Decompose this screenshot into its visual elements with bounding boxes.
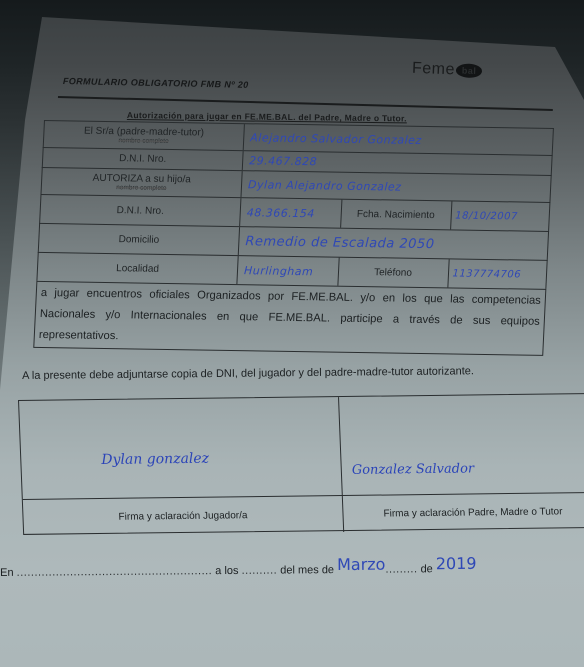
child-dni-field[interactable]: 48.366.154 [240, 198, 342, 228]
form-title: FORMULARIO OBLIGATORIO FMB Nº 20 [63, 76, 249, 90]
authorization-paragraph: a jugar encuentros oficiales Organizados… [33, 281, 546, 356]
authorization-table: El Sr/a (padre-madre-tutor) nombre compl… [33, 120, 554, 356]
logo-text: Feme [412, 60, 456, 79]
guardian-label-cell: El Sr/a (padre-madre-tutor) nombre compl… [44, 121, 245, 150]
guardian-dni-label: D.N.I. Nro. [43, 148, 244, 170]
child-sublabel: nombre completo [116, 184, 167, 192]
player-signature: Dylan gonzalez [101, 451, 209, 468]
title-divider [58, 96, 553, 110]
del-mes-label: del mes de [280, 564, 334, 576]
en-label: En [0, 567, 14, 579]
guardian-sublabel: nombre completo [118, 137, 169, 145]
parent-signature-label: Firma y aclaración Padre, Madre o Tutor [343, 493, 584, 532]
birthdate-label: Fcha. Nacimiento [341, 200, 452, 230]
phone-label: Teléfono [338, 258, 449, 288]
year-field[interactable]: 2019 [436, 554, 477, 573]
date-line: En .....................................… [0, 557, 477, 580]
phone-field[interactable]: 1137774706 [448, 259, 547, 289]
child-dni-label: D.N.I. Nro. [40, 195, 241, 226]
parent-signature: Gonzalez Salvador [352, 461, 475, 477]
city-label: Localidad [37, 253, 238, 284]
logo-badge: bal [456, 63, 483, 78]
child-label-cell: AUTORIZA a su hijo/a nombre completo [42, 168, 243, 197]
month-dots: ......... [385, 563, 417, 575]
city-field[interactable]: Hurlingham [237, 256, 339, 286]
a-los-label: a los [215, 565, 238, 577]
signature-row: Dylan gonzalez Gonzalez Salvador [19, 394, 584, 500]
signature-table: Dylan gonzalez Gonzalez Salvador Firma y… [18, 393, 584, 535]
parent-signature-box[interactable]: Gonzalez Salvador [339, 394, 584, 495]
femebal-logo: Femebal [412, 60, 483, 80]
player-signature-label: Firma y aclaración Jugador/a [23, 496, 344, 536]
document: FORMULARIO OBLIGATORIO FMB Nº 20 Femebal… [0, 0, 584, 667]
de-label: de [420, 563, 432, 575]
address-field[interactable]: Remedio de Escalada 2050 [239, 227, 548, 260]
signature-label-row: Firma y aclaración Jugador/a Firma y acl… [23, 493, 584, 536]
birthdate-field[interactable]: 18/10/2007 [451, 201, 550, 231]
day-field[interactable]: .......... [242, 565, 278, 577]
authorizes-label: AUTORIZA a su hijo/a [92, 173, 191, 186]
month-field[interactable]: Marzo [337, 555, 386, 574]
guardian-name-field[interactable]: Alejandro Salvador Gonzalez [244, 124, 553, 155]
child-name-field[interactable]: Dylan Alejandro Gonzalez [241, 171, 550, 202]
address-label: Domicilio [39, 224, 240, 255]
place-field[interactable]: ........................................… [17, 565, 213, 579]
attachment-note: A la presente debe adjuntarse copia de D… [22, 365, 474, 382]
player-signature-box[interactable]: Dylan gonzalez [19, 397, 343, 499]
